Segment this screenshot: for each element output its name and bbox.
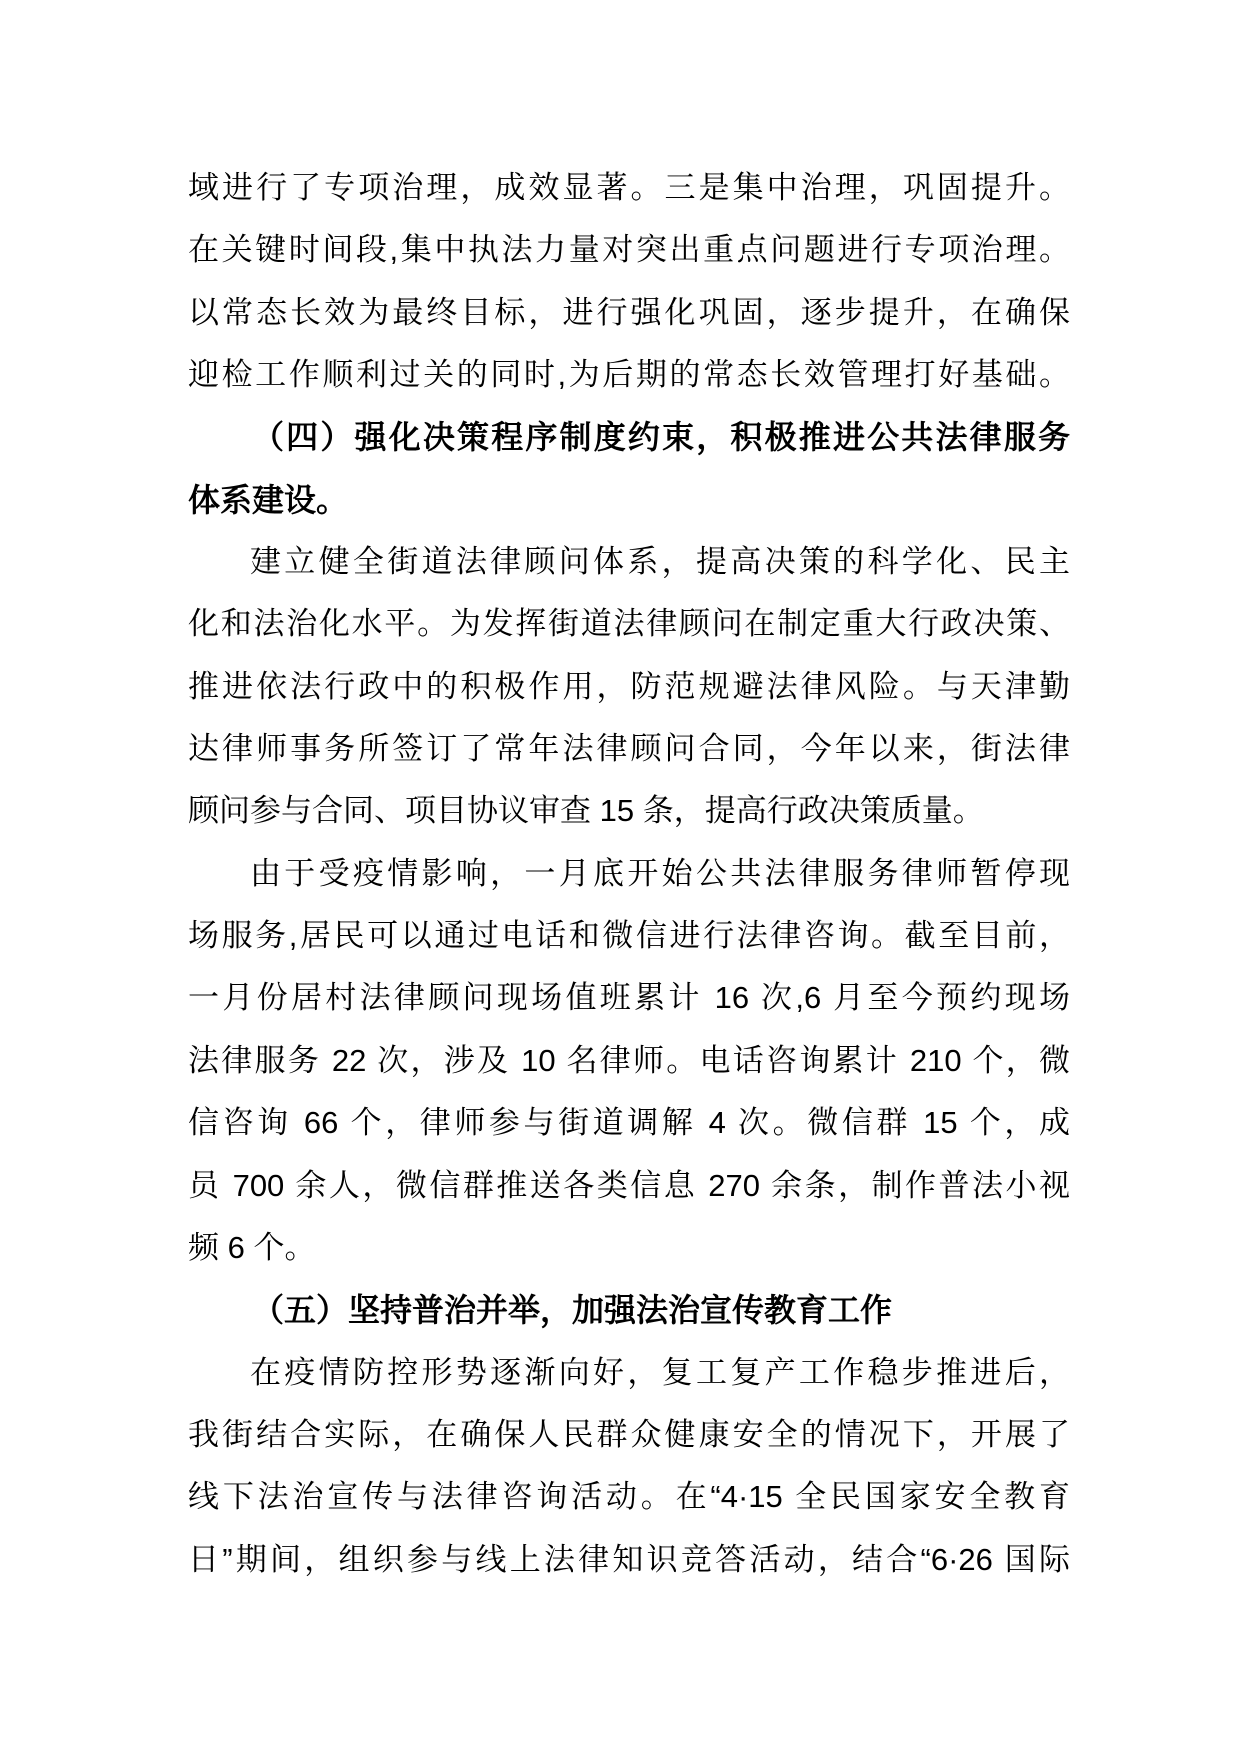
body-text-line: 在疫情防控形势逐渐向好，复工复产工作稳步推进后， — [188, 1342, 1070, 1404]
body-text-line: 顾问参与合同、项目协议审查 15 条，提高行政决策质量。 — [188, 780, 1070, 842]
body-text-line: 推进依法行政中的积极作用，防范规避法律风险。与天津勤 — [188, 656, 1070, 718]
body-text-line: 日”期间，组织参与线上法律知识竞答活动，结合“6·26 国际 — [188, 1529, 1070, 1591]
body-text-line: 信咨询 66 个，律师参与街道调解 4 次。微信群 15 个，成 — [188, 1092, 1070, 1154]
body-text-line: 化和法治化水平。为发挥街道法律顾问在制定重大行政决策、 — [188, 593, 1070, 655]
body-text-line: 我街结合实际，在确保人民群众健康安全的情况下，开展了 — [188, 1404, 1070, 1466]
document-content: 域进行了专项治理，成效显著。三是集中治理，巩固提升。在关键时间段,集中执法力量对… — [188, 157, 1070, 1591]
heading-line: （四）强化决策程序制度约束，积极推进公共法律服务 — [188, 406, 1070, 468]
body-text-line: 线下法治宣传与法律咨询活动。在“4·15 全民国家安全教育 — [188, 1466, 1070, 1528]
body-text-line: 场服务,居民可以通过电话和微信进行法律咨询。截至目前， — [188, 905, 1070, 967]
body-text-line: 在关键时间段,集中执法力量对突出重点问题进行专项治理。 — [188, 219, 1070, 281]
body-text-line: 迎检工作顺利过关的同时,为后期的常态长效管理打好基础。 — [188, 344, 1070, 406]
body-text-line: 一月份居村法律顾问现场值班累计 16 次,6 月至今预约现场 — [188, 967, 1070, 1029]
heading-line: （五）坚持普治并举，加强法治宣传教育工作 — [188, 1279, 1070, 1341]
body-text-line: 法律服务 22 次，涉及 10 名律师。电话咨询累计 210 个，微 — [188, 1030, 1070, 1092]
body-text-line: 达律师事务所签订了常年法律顾问合同，今年以来，街法律 — [188, 718, 1070, 780]
body-text-line: 建立健全街道法律顾问体系，提高决策的科学化、民主 — [188, 531, 1070, 593]
body-text-line: 以常态长效为最终目标，进行强化巩固，逐步提升，在确保 — [188, 282, 1070, 344]
heading-line: 体系建设。 — [188, 469, 1070, 531]
body-text-line: 员 700 余人，微信群推送各类信息 270 余条，制作普法小视 — [188, 1155, 1070, 1217]
document-page: 域进行了专项治理，成效显著。三是集中治理，巩固提升。在关键时间段,集中执法力量对… — [0, 0, 1241, 1754]
body-text-line: 域进行了专项治理，成效显著。三是集中治理，巩固提升。 — [188, 157, 1070, 219]
body-text-line: 由于受疫情影响，一月底开始公共法律服务律师暂停现 — [188, 843, 1070, 905]
body-text-line: 频 6 个。 — [188, 1217, 1070, 1279]
